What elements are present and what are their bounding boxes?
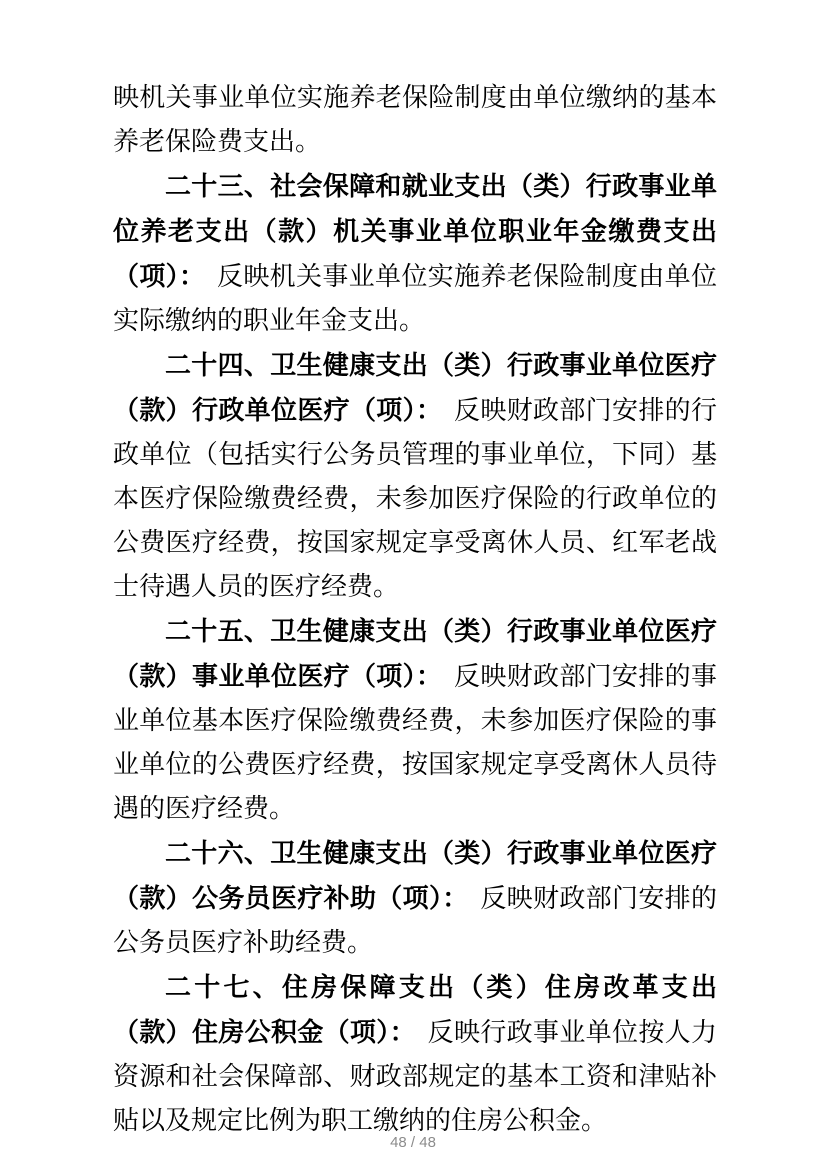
paragraph: 二十五、卫生健康支出（类）行政事业单位医疗（款）事业单位医疗（项）：反映财政部门… xyxy=(113,609,717,831)
document-content: 映机关事业单位实施养老保险制度由单位缴纳的基本养老保险费支出。 二十三、社会保障… xyxy=(113,76,717,1143)
paragraph: 二十三、社会保障和就业支出（类）行政事业单位养老支出（款）机关事业单位职业年金缴… xyxy=(113,164,717,343)
paragraph: 二十六、卫生健康支出（类）行政事业单位医疗（款）公务员医疗补助（项）：反映财政部… xyxy=(113,831,717,965)
paragraph: 映机关事业单位实施养老保险制度由单位缴纳的基本养老保险费支出。 xyxy=(113,76,717,164)
paragraph: 二十四、卫生健康支出（类）行政事业单位医疗（款）行政单位医疗（项）：反映财政部门… xyxy=(113,343,717,609)
page-number-indicator: 48 / 48 xyxy=(0,1134,826,1151)
document-page: 映机关事业单位实施养老保险制度由单位缴纳的基本养老保险费支出。 二十三、社会保障… xyxy=(0,0,826,1169)
paragraph-body: 映机关事业单位实施养老保险制度由单位缴纳的基本养老保险费支出。 xyxy=(113,83,717,156)
paragraph: 二十七、住房保障支出（类）住房改革支出（款）住房公积金（项）：反映行政事业单位按… xyxy=(113,965,717,1143)
paragraph-body: 反映财政部门安排的行政单位（包括实行公务员管理的事业单位，下同）基本医疗保险缴费… xyxy=(113,396,717,601)
